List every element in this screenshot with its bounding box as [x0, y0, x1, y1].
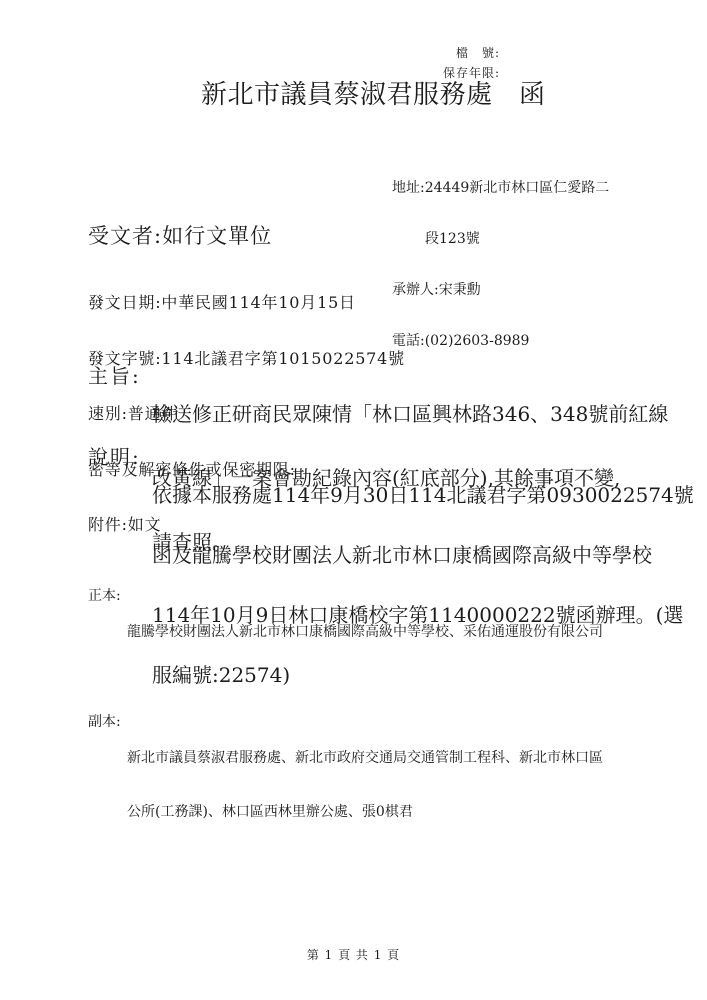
original-copy-content: 龍騰學校財團法人新北市林口康橋國際高級中等學校、采佑通運股份有限公司 — [127, 587, 603, 677]
explanation-label: 說明: — [88, 446, 152, 468]
sender-address-line2: 段123號 — [392, 231, 609, 248]
original-copy-line: 龍騰學校財團法人新北市林口康橋國際高級中等學校、采佑通運股份有限公司 — [127, 623, 603, 641]
page-number-footer: 第 1 頁 共 1 頁 — [0, 946, 707, 963]
carbon-copy-content: 新北市議員蔡淑君服務處、新北市政府交通局交通管制工程科、新北市林口區 公所(工務… — [127, 713, 603, 857]
carbon-copy-label: 副本: — [88, 713, 127, 731]
sender-phone-line: 電話:(02)2603-8989 — [392, 333, 609, 350]
sender-info-block: 地址:24449新北市林口區仁愛路二 段123號 承辦人:宋秉勳 電話:(02)… — [392, 146, 609, 384]
explanation-line: 依據本服務處114年9月30日114北議君字第0930022574號 — [152, 484, 694, 506]
subject-label: 主旨: — [88, 363, 152, 389]
carbon-copy-line: 公所(工務課)、林口區西林里辦公處、張0棋君 — [127, 803, 603, 821]
archive-number-label: 檔 號: — [0, 46, 500, 60]
recipient-line: 受文者:如行文單位 — [88, 224, 272, 249]
carbon-copy-row: 副本: 新北市議員蔡淑君服務處、新北市政府交通局交通管制工程科、新北市林口區 公… — [88, 713, 603, 857]
carbon-copy-line: 新北市議員蔡淑君服務處、新北市政府交通局交通管制工程科、新北市林口區 — [127, 749, 603, 767]
document-page: 檔 號: 保存年限: 新北市議員蔡淑君服務處 函 地址:24449新北市林口區仁… — [0, 0, 707, 1000]
issue-date-line: 發文日期:中華民國114年10月15日 — [88, 294, 405, 313]
original-copy-label: 正本: — [88, 587, 127, 605]
sender-address-line1: 地址:24449新北市林口區仁愛路二 — [392, 180, 609, 197]
subject-line: 檢送修正研商民眾陳情「林口區興林路346、348號前紅線 — [152, 401, 668, 427]
retention-period-label: 保存年限: — [0, 66, 500, 80]
original-copy-row: 正本: 龍騰學校財團法人新北市林口康橋國際高級中等學校、采佑通運股份有限公司 — [88, 587, 603, 677]
copies-block: 正本: 龍騰學校財團法人新北市林口康橋國際高級中等學校、采佑通運股份有限公司 副… — [88, 551, 603, 893]
document-title: 新北市議員蔡淑君服務處 函 — [201, 80, 546, 110]
sender-contact-line: 承辦人:宋秉勳 — [392, 282, 609, 299]
